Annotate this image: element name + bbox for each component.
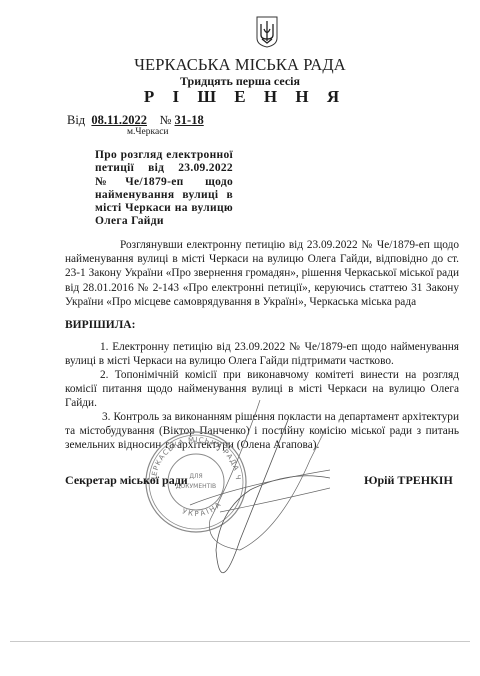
page-bottom-rule (10, 641, 470, 642)
signatory-position: Секретар міської ради (65, 473, 188, 488)
date-number-line: Від 08.11.2022 № 31-18 (67, 113, 204, 128)
number-prefix: № (159, 113, 171, 127)
decision-subject: Про розгляд електронної петиції від 23.0… (95, 149, 233, 229)
decision-number: 31-18 (175, 113, 204, 127)
preamble-paragraph: Розглянувши електронну петицію від 23.09… (65, 238, 459, 309)
council-name: ЧЕРКАСЬКА МІСЬКА РАДА (0, 55, 480, 75)
trident-coat-of-arms-icon (256, 16, 278, 48)
city-label: м.Черкаси (127, 127, 169, 137)
document-type-title: Р І Ш Е Н Н Я (0, 87, 480, 107)
resolution-item-1: 1. Електронну петицію від 23.09.2022 № Ч… (65, 340, 459, 368)
decision-date: 08.11.2022 (91, 113, 147, 127)
resolved-label: ВИРІШИЛА: (65, 319, 135, 331)
handwritten-signature (180, 400, 330, 600)
signatory-name: Юрій ТРЕНКІН (364, 473, 453, 488)
date-prefix: Від (67, 113, 85, 127)
